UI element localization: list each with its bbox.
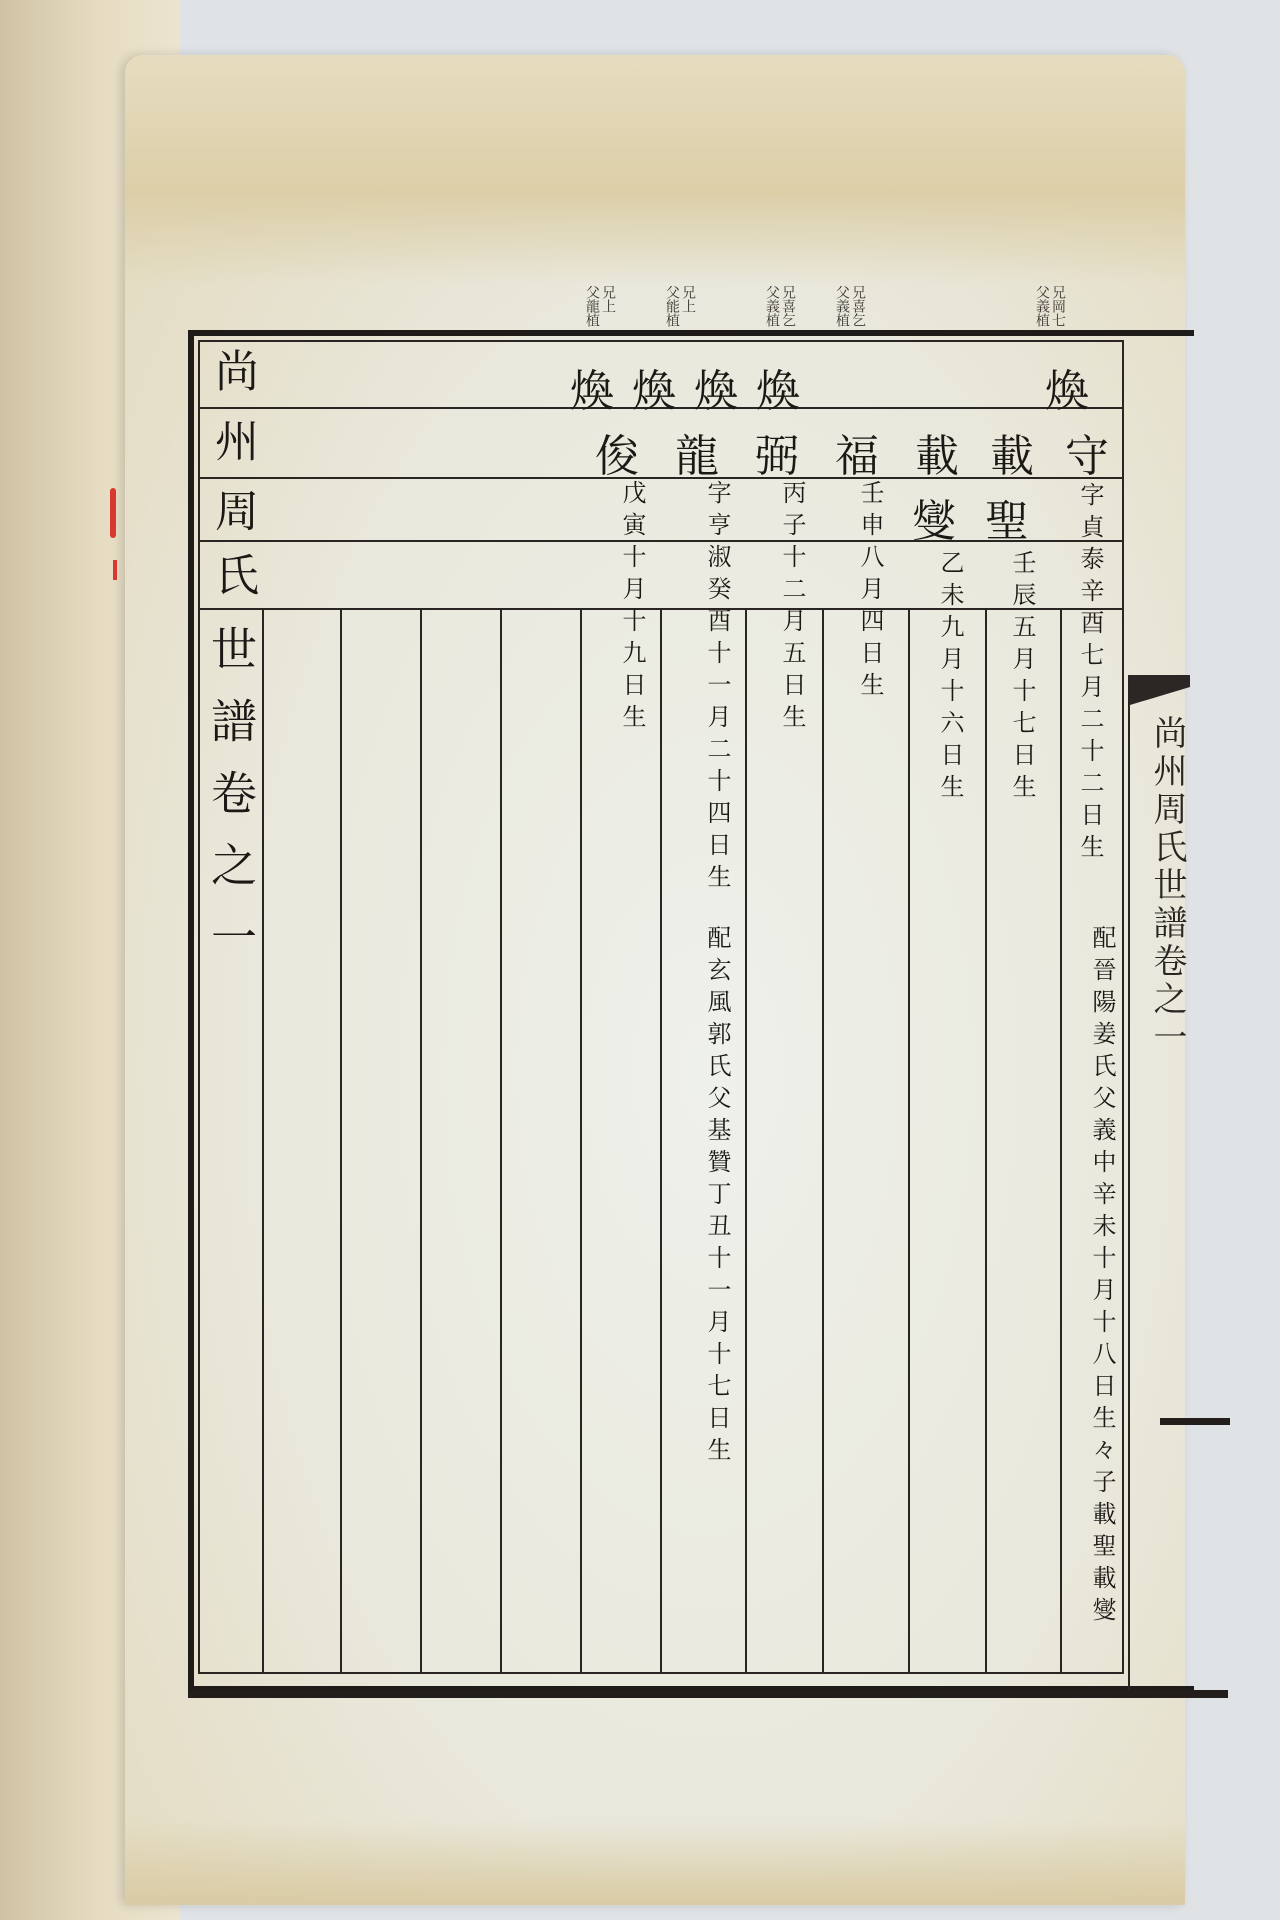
entry-2-birth: 壬辰五月十七日生 xyxy=(1010,550,1034,806)
column-line xyxy=(1060,608,1062,1672)
row-line xyxy=(198,540,1122,542)
name-char: 燮 xyxy=(912,485,974,549)
row-line xyxy=(198,477,1122,479)
annotation-1: 父義植 兄岡七 xyxy=(1035,285,1065,327)
name-char: 聖 xyxy=(985,485,1047,549)
entry-1-spouse: 配晉陽姜氏父義中辛未十月十八日生々子載聖載燮 xyxy=(1090,925,1114,1629)
column-line xyxy=(908,608,910,1672)
title-char: 周 xyxy=(210,488,254,546)
name-char: 福 xyxy=(835,420,897,484)
water-stain-top xyxy=(125,55,1185,285)
column-line xyxy=(420,608,422,1672)
generation-name: 煥 xyxy=(1045,355,1107,419)
book-title: 世譜卷之一 xyxy=(208,625,254,985)
entry-7-birth: 戊寅十月十九日生 xyxy=(620,480,644,736)
column-line xyxy=(660,608,662,1672)
annotation-4: 父能植 兄上 xyxy=(665,285,695,327)
title-char: 州 xyxy=(210,418,254,476)
name-char: 弼 xyxy=(755,420,817,484)
annotation-3: 父義植 兄喜乞 xyxy=(765,285,795,327)
entry-5-birth: 丙子十二月五日生 xyxy=(780,480,804,736)
title-char: 氏 xyxy=(210,552,254,610)
generation-name-group: 煥煥煥煥 xyxy=(570,355,818,419)
name-char: 守 xyxy=(1065,420,1127,484)
bottom-border xyxy=(188,1690,1228,1698)
entry-6-birth: 字亨淑癸酉十一月二十四日生 xyxy=(705,480,729,896)
column-line xyxy=(745,608,747,1672)
column-line xyxy=(500,608,502,1672)
column-line xyxy=(340,608,342,1672)
entry-4-birth: 壬申八月四日生 xyxy=(858,480,882,704)
column-line xyxy=(580,608,582,1672)
title-char: 尚 xyxy=(210,348,254,406)
entry-1-birth: 字貞泰辛酉七月二十二日生 xyxy=(1078,482,1102,866)
column-line xyxy=(985,608,987,1672)
name-char: 俊 xyxy=(595,420,657,484)
name-char: 載 xyxy=(990,420,1052,484)
name-char: 龍 xyxy=(675,420,737,484)
annotation-5: 父龍植 兄上 xyxy=(585,285,615,327)
column-line xyxy=(262,608,264,1672)
name-char: 載 xyxy=(915,420,977,484)
red-ink-mark xyxy=(110,488,116,538)
column-line xyxy=(822,608,824,1672)
entry-3-birth: 乙未九月十六日生 xyxy=(938,550,962,806)
annotation-2: 父義植 兄喜乞 xyxy=(835,285,865,327)
water-stain-bottom xyxy=(125,1820,1185,1905)
entry-6-spouse: 配玄風郭氏父基贊丁丑十一月十七日生 xyxy=(705,925,729,1469)
spine-divider-mark xyxy=(1160,1418,1230,1425)
red-ink-mark xyxy=(113,560,117,580)
spine-title: 尚州周氏世譜卷之一 xyxy=(1150,715,1184,1057)
